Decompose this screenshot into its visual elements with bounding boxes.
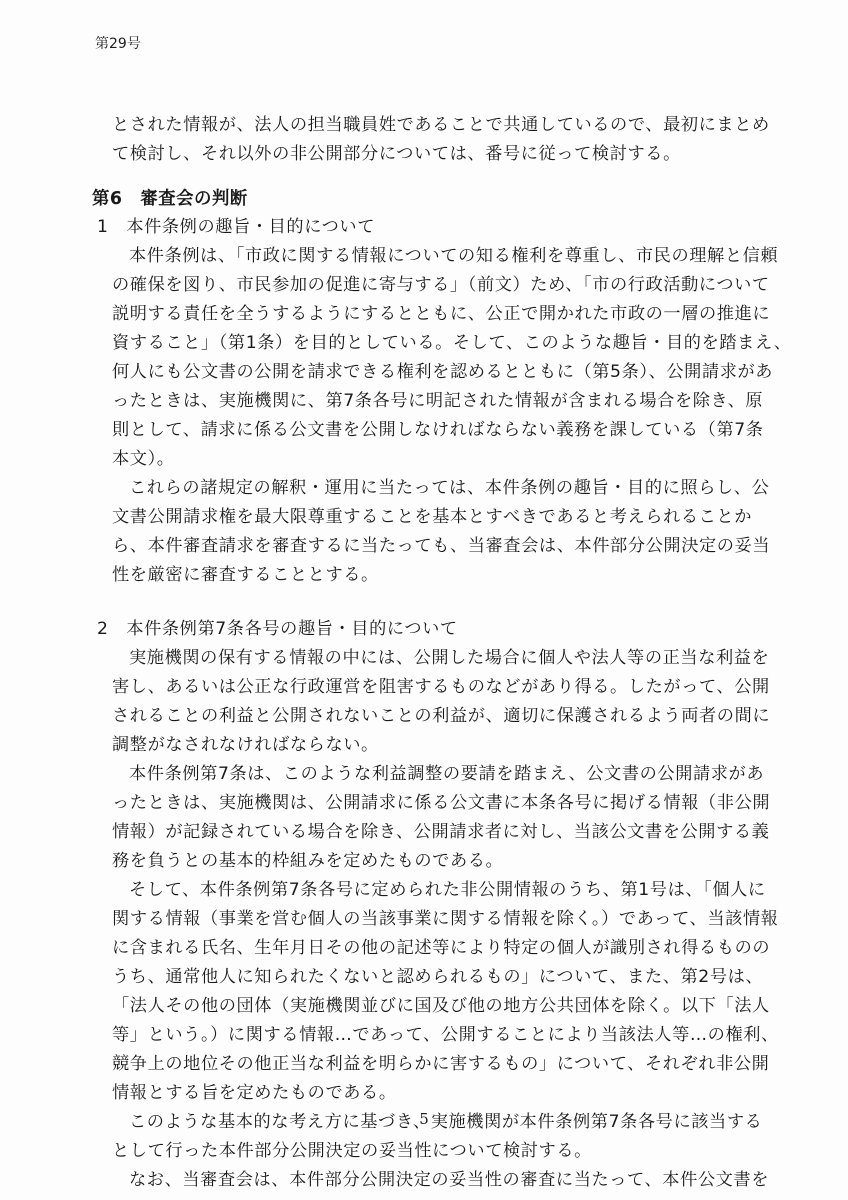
text-line: の確保を図り、市民参加の促進に寄与する」（前文）ため、「市の行政活動について — [112, 271, 748, 300]
text-line: 関する情報（事業を営む個人の当該事業に関する情報を除く。）であって、当該情報 — [112, 905, 748, 934]
text-line: 「法人その他の団体（実施機関並びに国及び他の地方公共団体を除く。以下「法人 — [112, 992, 748, 1021]
paragraph: そして、本件条例第7条各号に定められた非公開情報のうち、第1号は、「個人に 関す… — [112, 876, 748, 1108]
text-line: ったときは、実施機関に、第7条各号に明記された情報が含まれる場合を除き、原 — [112, 387, 748, 416]
text-line: 何人にも公文書の公開を請求できる権利を認めるとともに（第5条）、公開請求があ — [112, 358, 748, 387]
page-number: 5 — [0, 1110, 848, 1128]
text-line: なお、当審査会は、本件部分公開決定の妥当性の審査に当たって、本件公文書を — [112, 1166, 748, 1195]
text-line: 本件条例第7条は、このような利益調整の要請を踏まえ、公文書の公開請求があ — [112, 760, 748, 789]
text-line: 本文）。 — [112, 445, 748, 474]
text-line: これらの諸規定の解釈・運用に当たっては、本件条例の趣旨・目的に照らし、公 — [112, 474, 748, 503]
paragraph: これらの諸規定の解釈・運用に当たっては、本件条例の趣旨・目的に照らし、公 文書公… — [112, 474, 748, 590]
text-line: 害し、あるいは公正な行政運営を阻害するものなどがあり得る。したがって、公開 — [112, 673, 748, 702]
text-line: うち、通常他人に知られたくないと認められるもの」について、また、第2号は、 — [112, 963, 748, 992]
continuation-paragraph: とされた情報が、法人の担当職員姓であることで共通しているので、最初にまとめ て検… — [112, 111, 748, 169]
document-body: とされた情報が、法人の担当職員姓であることで共通しているので、最初にまとめ て検… — [112, 111, 748, 1195]
text-line: されることの利益と公開されないことの利益が、適切に保護されるよう両者の間に — [112, 702, 748, 731]
paragraph: なお、当審査会は、本件部分公開決定の妥当性の審査に当たって、本件公文書を — [112, 1166, 748, 1195]
text-line: 則として、請求に係る公文書を公開しなければならない義務を課している（第7条 — [112, 416, 748, 445]
subsection-heading: 1 本件条例の趣旨・目的について — [97, 213, 748, 242]
text-line: に含まれる氏名、生年月日その他の記述等により特定の個人が識別され得るものの — [112, 934, 748, 963]
text-line: ったときは、実施機関は、公開請求に係る公文書に本条各号に掲げる情報（非公開 — [112, 789, 748, 818]
text-line: 競争上の地位その他正当な利益を明らかに害するもの」について、それぞれ非公開 — [112, 1050, 748, 1079]
text-line: 実施機関の保有する情報の中には、公開した場合に個人や法人等の正当な利益を — [112, 644, 748, 673]
text-line: ら、本件審査請求を審査するに当たっても、当審査会は、本件部分公開決定の妥当 — [112, 532, 748, 561]
text-line: て検討し、それ以外の非公開部分については、番号に従って検討する。 — [112, 140, 748, 169]
text-line: として行った本件部分公開決定の妥当性について検討する。 — [112, 1137, 748, 1166]
text-line: 情報とする旨を定めたものである。 — [112, 1079, 748, 1108]
text-line: 務を負うとの基本的枠組みを定めたものである。 — [112, 847, 748, 876]
text-line: 説明する責任を全うするようにするとともに、公正で開かれた市政の一層の推進に — [112, 300, 748, 329]
text-line: そして、本件条例第7条各号に定められた非公開情報のうち、第1号は、「個人に — [112, 876, 748, 905]
text-line: 等」という。）に関する情報…であって、公開することにより当該法人等…の権利、 — [112, 1021, 748, 1050]
paragraph: 本件条例は、「市政に関する情報についての知る権利を尊重し、市民の理解と信頼 の確… — [112, 242, 748, 474]
text-line: 性を厳密に審査することとする。 — [112, 561, 748, 590]
text-line: 本件条例は、「市政に関する情報についての知る権利を尊重し、市民の理解と信頼 — [112, 242, 748, 271]
text-line: 文書公開請求権を最大限尊重することを基本とすべきであると考えられることか — [112, 503, 748, 532]
text-line: 情報）が記録されている場合を除き、公開請求者に対し、当該公文書を公開する義 — [112, 818, 748, 847]
paragraph: 実施機関の保有する情報の中には、公開した場合に個人や法人等の正当な利益を 害し、… — [112, 644, 748, 760]
subsection-heading: 2 本件条例第7条各号の趣旨・目的について — [97, 615, 748, 644]
paragraph: 本件条例第7条は、このような利益調整の要請を踏まえ、公文書の公開請求があ ったと… — [112, 760, 748, 876]
text-line: とされた情報が、法人の担当職員姓であることで共通しているので、最初にまとめ — [112, 111, 748, 140]
section-heading: 第6 審査会の判断 — [92, 185, 748, 213]
text-line: 資すること」（第1条）を目的としている。そして、このような趣旨・目的を踏まえ、 — [112, 329, 748, 358]
document-number: 第29号 — [95, 33, 141, 53]
text-line: 調整がなされなければならない。 — [112, 731, 748, 760]
